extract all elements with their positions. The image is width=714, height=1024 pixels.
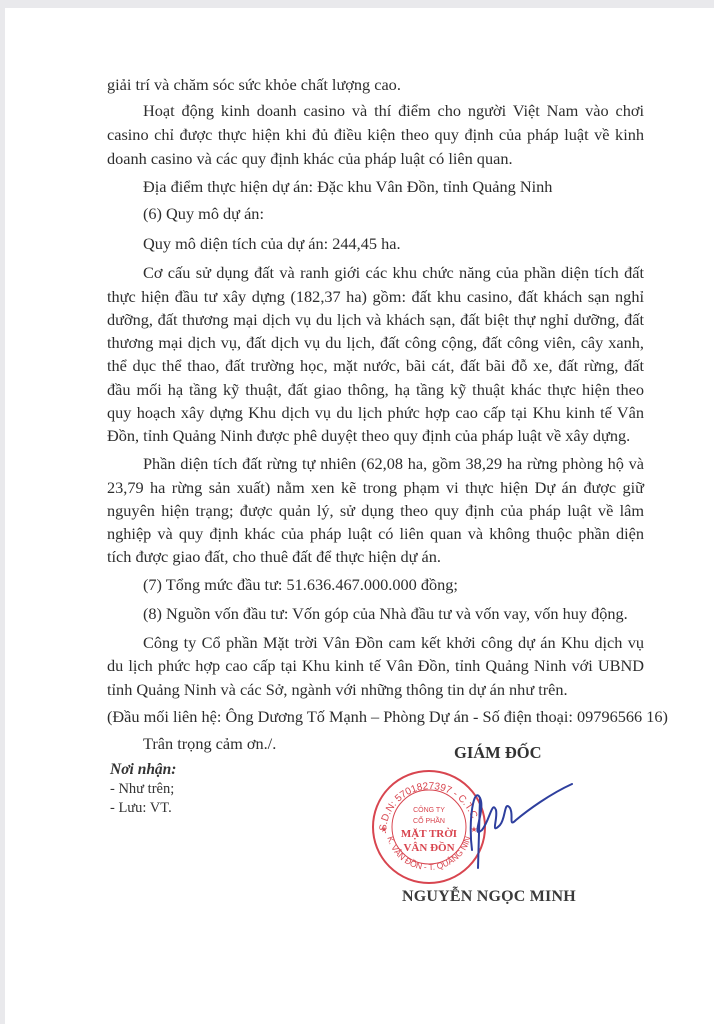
- signer-name: NGUYỄN NGỌC MINH: [402, 888, 576, 906]
- document-line: (7) Tổng mức đầu tư: 51.636.467.000.000 …: [143, 574, 644, 596]
- recipient-item: - Như trên;: [110, 781, 174, 798]
- signature-title: GIÁM ĐỐC: [454, 743, 542, 763]
- document-line: dưỡng, đất thương mại dịch vụ du lịch và…: [107, 309, 644, 331]
- document-line: Phần diện tích đất rừng tự nhiên (62,08 …: [143, 453, 644, 475]
- document-line: tỉnh Quảng Ninh và các Sở, ngành với nhữ…: [107, 679, 644, 701]
- document-line: Hoạt động kinh doanh casino và thí điểm …: [143, 100, 644, 122]
- document-line: 23,79 ha rừng sản xuất) nằm xen kẽ trong…: [107, 477, 644, 499]
- document-line: doanh casino và các quy định khác của ph…: [107, 148, 644, 170]
- document-line: (6) Quy mô dự án:: [143, 203, 644, 225]
- svg-text:VÂN ĐỒN: VÂN ĐỒN: [403, 841, 454, 854]
- document-line: thực hiện đầu tư xây dựng (182,37 ha) gồ…: [107, 286, 644, 308]
- document-line: nghiệp và quy định khác của pháp luật có…: [107, 523, 644, 545]
- director-signature: [460, 780, 580, 870]
- document-line: casino chỉ được thực hiện khi đủ điều ki…: [107, 124, 644, 146]
- document-line: nguyên hiện trạng; được quản lý, sử dụng…: [107, 500, 644, 522]
- document-line: đầu mối hạ tầng kỹ thuật, đất giao thông…: [107, 379, 644, 401]
- document-line: Công ty Cổ phần Mặt trời Vân Đồn cam kết…: [143, 632, 644, 654]
- document-line: thương mại dịch vụ, đất dịch vụ du lịch,…: [107, 332, 644, 354]
- svg-text:★: ★: [380, 825, 387, 834]
- svg-text:CỔ PHẦN: CỔ PHẦN: [413, 815, 445, 825]
- document-line: Địa điểm thực hiện dự án: Đặc khu Vân Đồ…: [143, 176, 644, 198]
- document-line: (8) Nguồn vốn đầu tư: Vốn góp của Nhà đầ…: [143, 603, 644, 625]
- document-line: giải trí và chăm sóc sức khỏe chất lượng…: [107, 74, 644, 96]
- recipients-title: Nơi nhận:: [110, 761, 176, 779]
- document-line: Quy mô diện tích của dự án: 244,45 ha.: [143, 233, 644, 255]
- document-line: thể dục thể thao, đất trường học, mặt nư…: [107, 355, 644, 377]
- document-line: du lịch phức hợp cao cấp tại Khu kinh tế…: [107, 655, 644, 677]
- document-line: Cơ cấu sử dụng đất và ranh giới các khu …: [143, 262, 644, 284]
- svg-text:CÔNG TY: CÔNG TY: [413, 805, 445, 814]
- document-line: tích được giao đất, cho thuê đất để thực…: [107, 546, 644, 568]
- document-line: (Đầu mối liên hệ: Ông Dương Tố Mạnh – Ph…: [107, 706, 644, 728]
- document-line: Trân trọng cảm ơn./.: [143, 733, 644, 755]
- document-line: quy hoạch xây dựng Khu dịch vụ du lịch p…: [107, 402, 644, 424]
- svg-text:MẶT TRỜI: MẶT TRỜI: [401, 827, 457, 840]
- document-line: Đồn, tỉnh Quảng Ninh được phê duyệt theo…: [107, 425, 644, 447]
- recipient-item: - Lưu: VT.: [110, 800, 172, 817]
